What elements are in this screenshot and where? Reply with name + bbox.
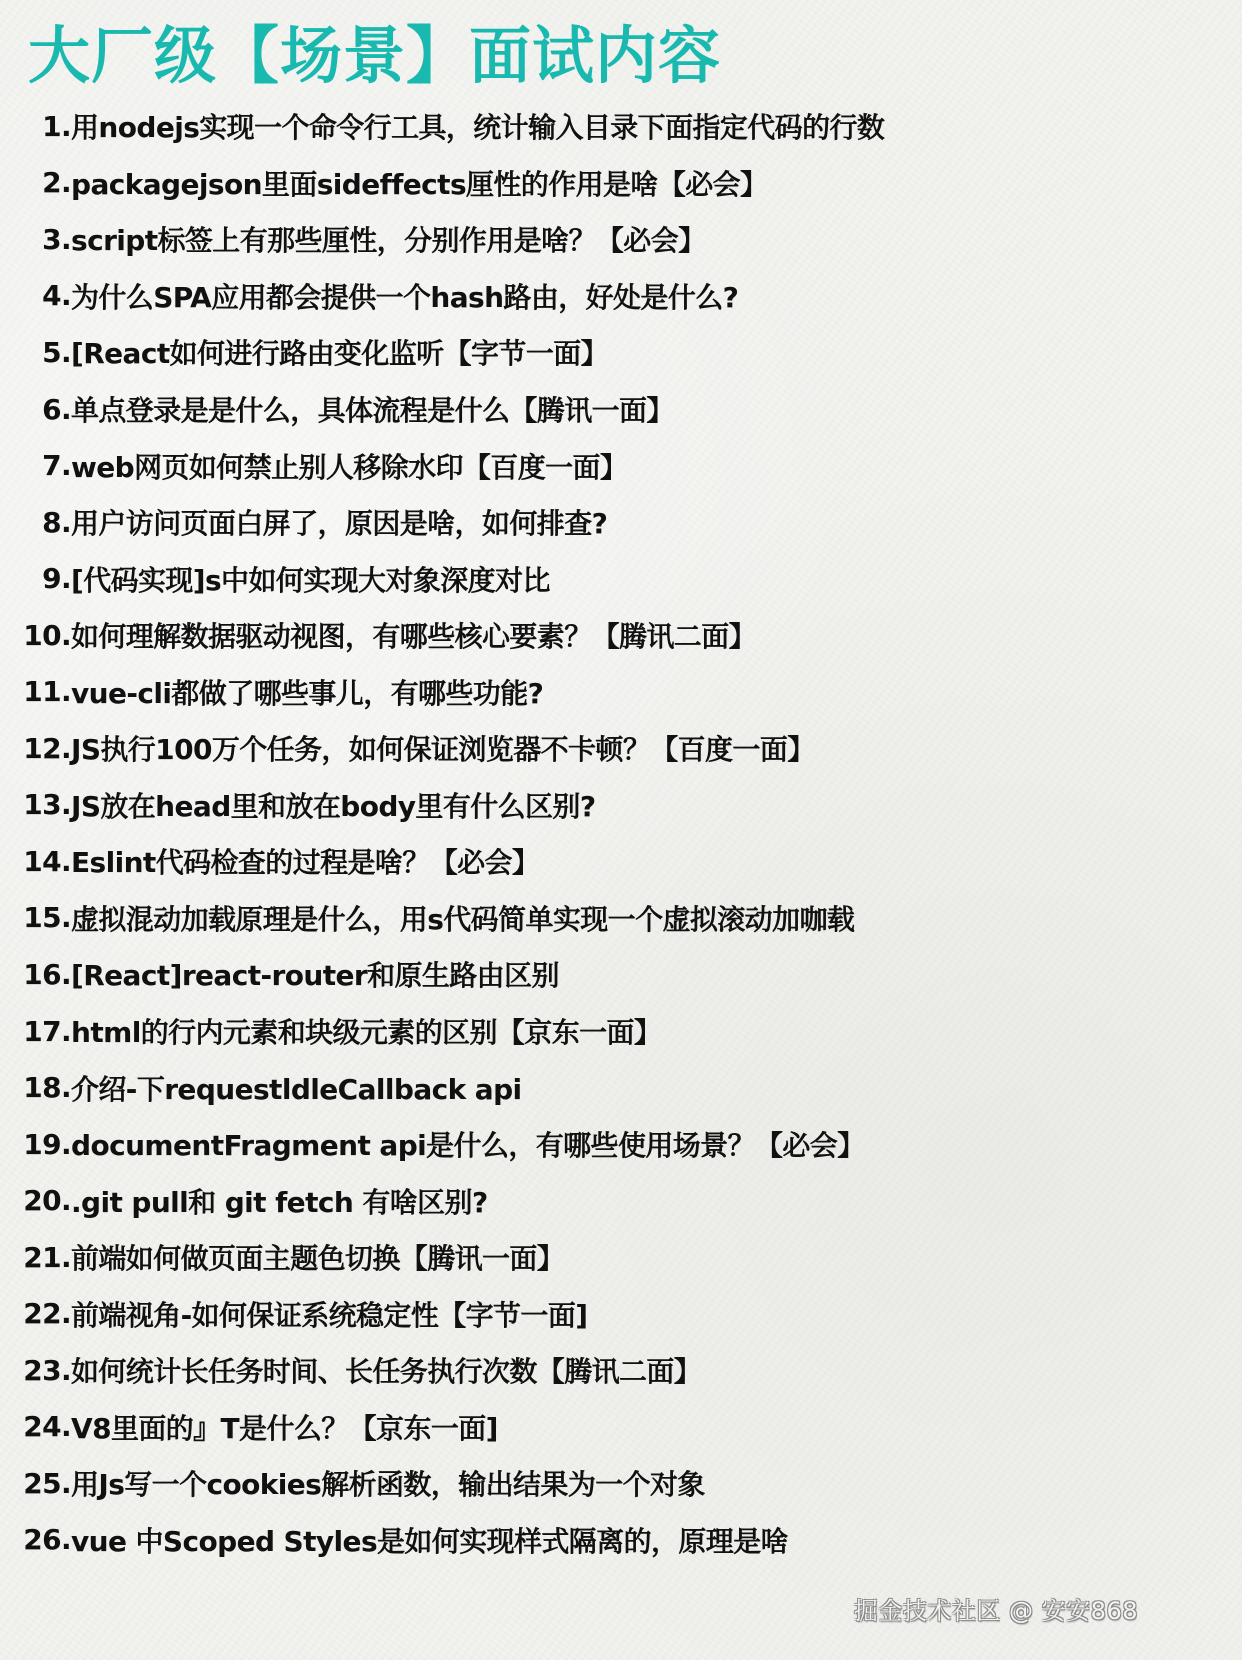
question-number: 20. bbox=[0, 1184, 71, 1217]
question-number: 12. bbox=[0, 732, 71, 765]
question-item: 21.前端如何做页面主题色切换【腾讯一面】 bbox=[0, 1229, 1242, 1286]
question-text: vue-cli都做了哪些事儿，有哪些功能? bbox=[71, 672, 543, 712]
question-item: 13.JS放在head里和放在body里有什么区别? bbox=[0, 777, 1242, 834]
question-text: web网页如何禁止别人移除水印【百度一面】 bbox=[71, 446, 627, 486]
question-number: 17. bbox=[0, 1015, 71, 1048]
question-item: 18.介绍-下requestldleCallback api bbox=[0, 1059, 1242, 1116]
question-item: 9.[代码实现]s中如何实现大对象深度对比 bbox=[0, 550, 1242, 607]
question-item: 24.V8里面的』T是什么？【京东一面] bbox=[0, 1399, 1242, 1456]
question-item: 14.Eslint代码检查的过程是啥？【必会】 bbox=[0, 833, 1242, 890]
question-text: 为什么SPA应用都会提供一个hash路由，好处是什么? bbox=[71, 276, 738, 316]
question-text: vue 中Scoped Styles是如何实现样式隔离的，原理是啥 bbox=[71, 1520, 788, 1560]
question-number: 11. bbox=[0, 675, 71, 708]
question-text: JS执行100万个任务，如何保证浏览器不卡顿？【百度一面】 bbox=[71, 728, 815, 768]
question-number: 23. bbox=[0, 1354, 71, 1387]
question-text: [React]react-router和原生路由区别 bbox=[71, 954, 559, 994]
question-text: 虚拟混动加载原理是什么，用s代码简单实现一个虚拟滚动加咖载 bbox=[71, 898, 854, 938]
question-item: 3.script标签上有那些厘性，分别作用是啥？【必会】 bbox=[0, 211, 1242, 268]
question-text: 用nodejs实现一个命令行工具，统计输入目录下面指定代码的行数 bbox=[71, 106, 884, 146]
question-text: 前端如何做页面主题色切换【腾讯一面】 bbox=[71, 1237, 564, 1277]
question-text: 介绍-下requestldleCallback api bbox=[71, 1068, 522, 1108]
question-text: .git pull和 git fetch 有啥区别? bbox=[71, 1181, 488, 1221]
question-text: 如何理解数据驱动视图，有哪些核心要素？【腾讯二面】 bbox=[71, 615, 756, 655]
question-number: 9. bbox=[0, 562, 71, 595]
question-number: 15. bbox=[0, 901, 71, 934]
page-title: 大厂级【场景】面试内容 bbox=[28, 14, 721, 98]
question-text: 用Js写一个cookies解析函数，输出结果为一个对象 bbox=[71, 1463, 705, 1503]
question-text: JS放在head里和放在body里有什么区别? bbox=[71, 785, 595, 825]
question-number: 3. bbox=[0, 223, 71, 256]
question-number: 16. bbox=[0, 958, 71, 991]
question-item: 10.如何理解数据驱动视图，有哪些核心要素？【腾讯二面】 bbox=[0, 607, 1242, 664]
question-text: script标签上有那些厘性，分别作用是啥？【必会】 bbox=[71, 219, 706, 259]
question-text: V8里面的』T是什么？【京东一面] bbox=[71, 1407, 498, 1447]
question-number: 24. bbox=[0, 1410, 71, 1443]
question-text: 如何统计长任务时间、长任务执行次数【腾讯二面】 bbox=[71, 1350, 701, 1390]
question-number: 19. bbox=[0, 1128, 71, 1161]
question-number: 22. bbox=[0, 1297, 71, 1330]
question-item: 5.[React如何进行路由变化监听【字节一面】 bbox=[0, 324, 1242, 381]
question-number: 13. bbox=[0, 788, 71, 821]
question-item: 11.vue-cli都做了哪些事儿，有哪些功能? bbox=[0, 663, 1242, 720]
question-item: 2.packagejson里面sideffects厘性的作用是啥【必会】 bbox=[0, 155, 1242, 212]
question-number: 14. bbox=[0, 845, 71, 878]
question-item: 8.用户访问页面白屏了，原因是啥，如何排查? bbox=[0, 494, 1242, 551]
question-item: 20..git pull和 git fetch 有啥区别? bbox=[0, 1172, 1242, 1229]
question-item: 16.[React]react-router和原生路由区别 bbox=[0, 946, 1242, 1003]
question-item: 1.用nodejs实现一个命令行工具，统计输入目录下面指定代码的行数 bbox=[0, 98, 1242, 155]
question-item: 22.前端视角-如何保证系统稳定性【字节一面] bbox=[0, 1285, 1242, 1342]
question-number: 10. bbox=[0, 619, 71, 652]
question-text: [React如何进行路由变化监听【字节一面】 bbox=[71, 332, 608, 372]
question-number: 18. bbox=[0, 1071, 71, 1104]
question-item: 4.为什么SPA应用都会提供一个hash路由，好处是什么? bbox=[0, 268, 1242, 325]
question-item: 23.如何统计长任务时间、长任务执行次数【腾讯二面】 bbox=[0, 1342, 1242, 1399]
question-item: 7.web网页如何禁止别人移除水印【百度一面】 bbox=[0, 437, 1242, 494]
question-item: 6.单点登录是是什么，具体流程是什么【腾讯一面】 bbox=[0, 381, 1242, 438]
question-item: 19.documentFragment api是什么，有哪些使用场景？【必会】 bbox=[0, 1116, 1242, 1173]
question-text: Eslint代码检查的过程是啥？【必会】 bbox=[71, 841, 539, 881]
question-text: html的行内元素和块级元素的区别【京东一面】 bbox=[71, 1011, 661, 1051]
question-number: 25. bbox=[0, 1467, 71, 1500]
question-number: 7. bbox=[0, 449, 71, 482]
question-number: 1. bbox=[0, 110, 71, 143]
question-number: 5. bbox=[0, 336, 71, 369]
question-number: 26. bbox=[0, 1523, 71, 1556]
watermark: 掘金技术社区 @ 安安868 bbox=[854, 1591, 1138, 1626]
question-number: 6. bbox=[0, 393, 71, 426]
question-text: 单点登录是是什么，具体流程是什么【腾讯一面】 bbox=[71, 389, 674, 429]
question-text: 用户访问页面白屏了，原因是啥，如何排查? bbox=[71, 502, 607, 542]
question-item: 17.html的行内元素和块级元素的区别【京东一面】 bbox=[0, 1003, 1242, 1060]
question-item: 15.虚拟混动加载原理是什么，用s代码简单实现一个虚拟滚动加咖载 bbox=[0, 890, 1242, 947]
question-number: 8. bbox=[0, 506, 71, 539]
question-text: documentFragment api是什么，有哪些使用场景？【必会】 bbox=[71, 1124, 865, 1164]
question-list: 1.用nodejs实现一个命令行工具，统计输入目录下面指定代码的行数 2.pac… bbox=[0, 98, 1242, 1568]
question-text: [代码实现]s中如何实现大对象深度对比 bbox=[71, 559, 550, 599]
question-item: 26.vue 中Scoped Styles是如何实现样式隔离的，原理是啥 bbox=[0, 1512, 1242, 1569]
question-number: 4. bbox=[0, 279, 71, 312]
question-item: 25.用Js写一个cookies解析函数，输出结果为一个对象 bbox=[0, 1455, 1242, 1512]
question-number: 21. bbox=[0, 1241, 71, 1274]
question-item: 12.JS执行100万个任务，如何保证浏览器不卡顿？【百度一面】 bbox=[0, 720, 1242, 777]
question-text: packagejson里面sideffects厘性的作用是啥【必会】 bbox=[71, 163, 767, 203]
question-text: 前端视角-如何保证系统稳定性【字节一面] bbox=[71, 1294, 587, 1334]
question-number: 2. bbox=[0, 166, 71, 199]
